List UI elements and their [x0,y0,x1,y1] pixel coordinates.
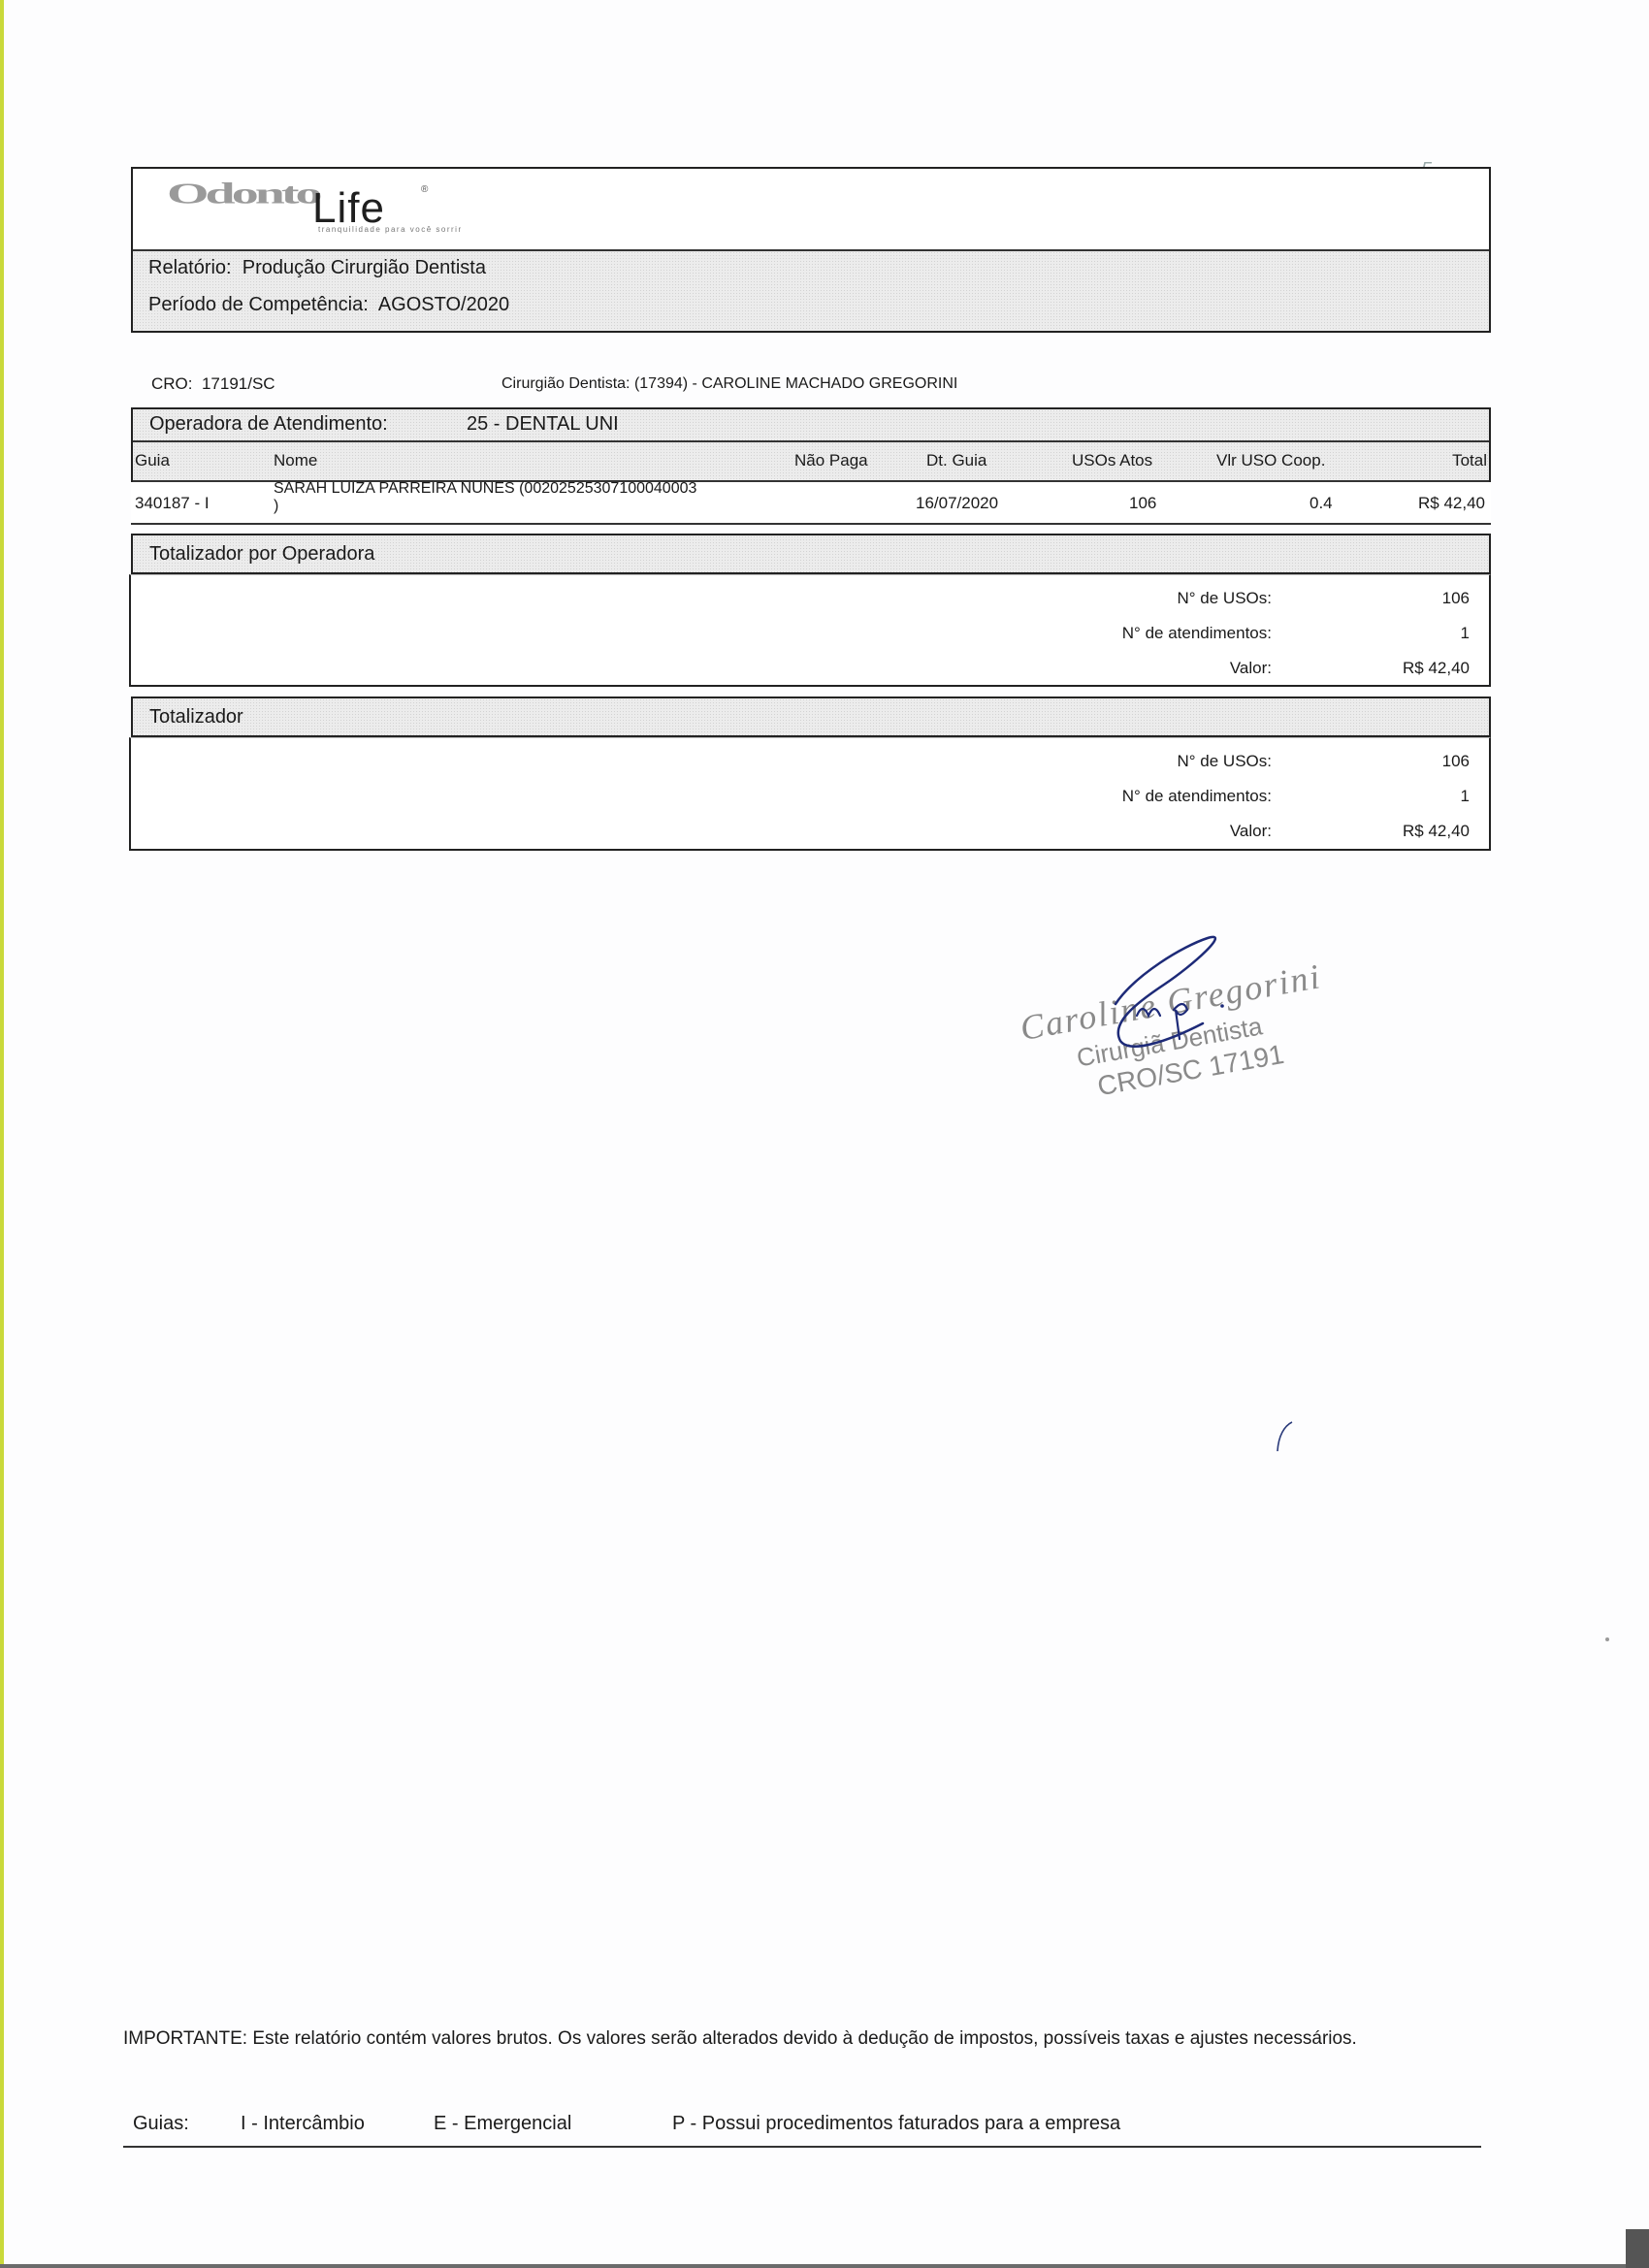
legend-label: Guias: [133,2113,189,2135]
col-nao-paga: Não Paga [794,451,868,470]
period-label: Período de Competência: [148,294,369,315]
scan-edge-left [0,0,4,2268]
registered-mark-icon: ® [421,184,428,195]
legend-emergencial: E - Emergencial [434,2113,571,2135]
report-title: Produção Cirurgião Dentista [242,257,486,278]
report-label: Relatório: [148,257,232,278]
cell-dt-guia: 16/07/2020 [916,494,998,513]
col-usos-atos: USOs Atos [1072,451,1152,470]
usos-value: 106 [1442,589,1470,608]
col-total: Total [1452,451,1487,470]
cell-usos-atos: 106 [1129,494,1156,513]
cro-line: CRO: 17191/SC [151,374,275,394]
cro-value: 17191/SC [202,374,275,393]
report-header: Odonto Life ® tranquilidade para você so… [131,167,1491,333]
cell-vlr-uso-coop: 0.4 [1309,494,1333,513]
dentist-label: Cirurgião Dentista: [501,375,630,392]
col-guia: Guia [135,451,170,470]
valor-value: R$ 42,40 [1403,822,1470,841]
valor-label: Valor: [1230,822,1272,841]
atendimentos-value: 1 [1461,787,1470,806]
totalizador-operadora-title: Totalizador por Operadora [149,543,374,566]
usos-label: N° de USOs: [1178,589,1273,608]
logo-area: Odonto Life ® tranquilidade para você so… [133,169,1489,251]
operadora-section: Operadora de Atendimento: 25 - DENTAL UN… [131,407,1491,522]
operadora-header: Operadora de Atendimento: 25 - DENTAL UN… [133,409,1489,442]
valor-value: R$ 42,40 [1403,659,1470,678]
cro-label: CRO: [151,374,193,393]
operadora-label: Operadora de Atendimento: [149,413,388,436]
period-value: AGOSTO/2020 [378,294,509,315]
atendimentos-value: 1 [1461,624,1470,643]
legend-intercambio: I - Intercâmbio [241,2113,365,2135]
cell-nome-cont: ) [274,498,278,515]
logo-tagline: tranquilidade para você sorrir [318,225,463,234]
footer-divider [123,2146,1481,2148]
usos-value: 106 [1442,752,1470,771]
valor-label: Valor: [1230,659,1272,678]
report-meta: Relatório: Produção Cirurgião Dentista P… [133,251,1489,331]
atendimentos-label: N° de atendimentos: [1122,787,1272,806]
totalizador-title: Totalizador [149,706,243,729]
pen-mark-icon [1273,1418,1296,1457]
totalizador-header: Totalizador [131,697,1491,737]
totalizador-body: N° de USOs: 106 N° de atendimentos: 1 Va… [129,737,1491,851]
important-note: IMPORTANTE: Este relatório contém valore… [123,2027,1442,2050]
totalizador-operadora-header: Totalizador por Operadora [131,534,1491,574]
scan-edge-bottom [0,2264,1649,2268]
cell-total: R$ 42,40 [1418,494,1485,513]
atendimentos-label: N° de atendimentos: [1122,624,1272,643]
legend-faturados: P - Possui procedimentos faturados para … [672,2113,1120,2135]
usos-label: N° de USOs: [1178,752,1273,771]
dentist-line: Cirurgião Dentista: (17394) - CAROLINE M… [501,375,957,393]
cell-guia: 340187 - I [135,494,210,513]
dentist-value: (17394) - CAROLINE MACHADO GREGORINI [634,375,957,392]
table-header: Guia Nome Não Paga Dt. Guia USOs Atos Vl… [133,442,1489,482]
logo-odonto: Odonto [167,177,319,211]
cell-nome: SARAH LUIZA PARREIRA NUNES (002025253071… [274,480,696,498]
handwritten-signature-icon [1077,926,1319,1062]
col-dt-guia: Dt. Guia [926,451,986,470]
report-period-line: Período de Competência: AGOSTO/2020 [148,294,509,316]
scan-corner [1626,2229,1649,2268]
report-title-line: Relatório: Produção Cirurgião Dentista [148,257,486,279]
operadora-value: 25 - DENTAL UNI [467,413,619,436]
col-vlr-uso-coop: Vlr USO Coop. [1216,451,1325,470]
totalizador-operadora-body: N° de USOs: 106 N° de atendimentos: 1 Va… [129,574,1491,687]
table-row: 340187 - I SARAH LUIZA PARREIRA NUNES (0… [131,482,1491,525]
col-nome: Nome [274,451,317,470]
scan-speck [1605,1637,1609,1641]
